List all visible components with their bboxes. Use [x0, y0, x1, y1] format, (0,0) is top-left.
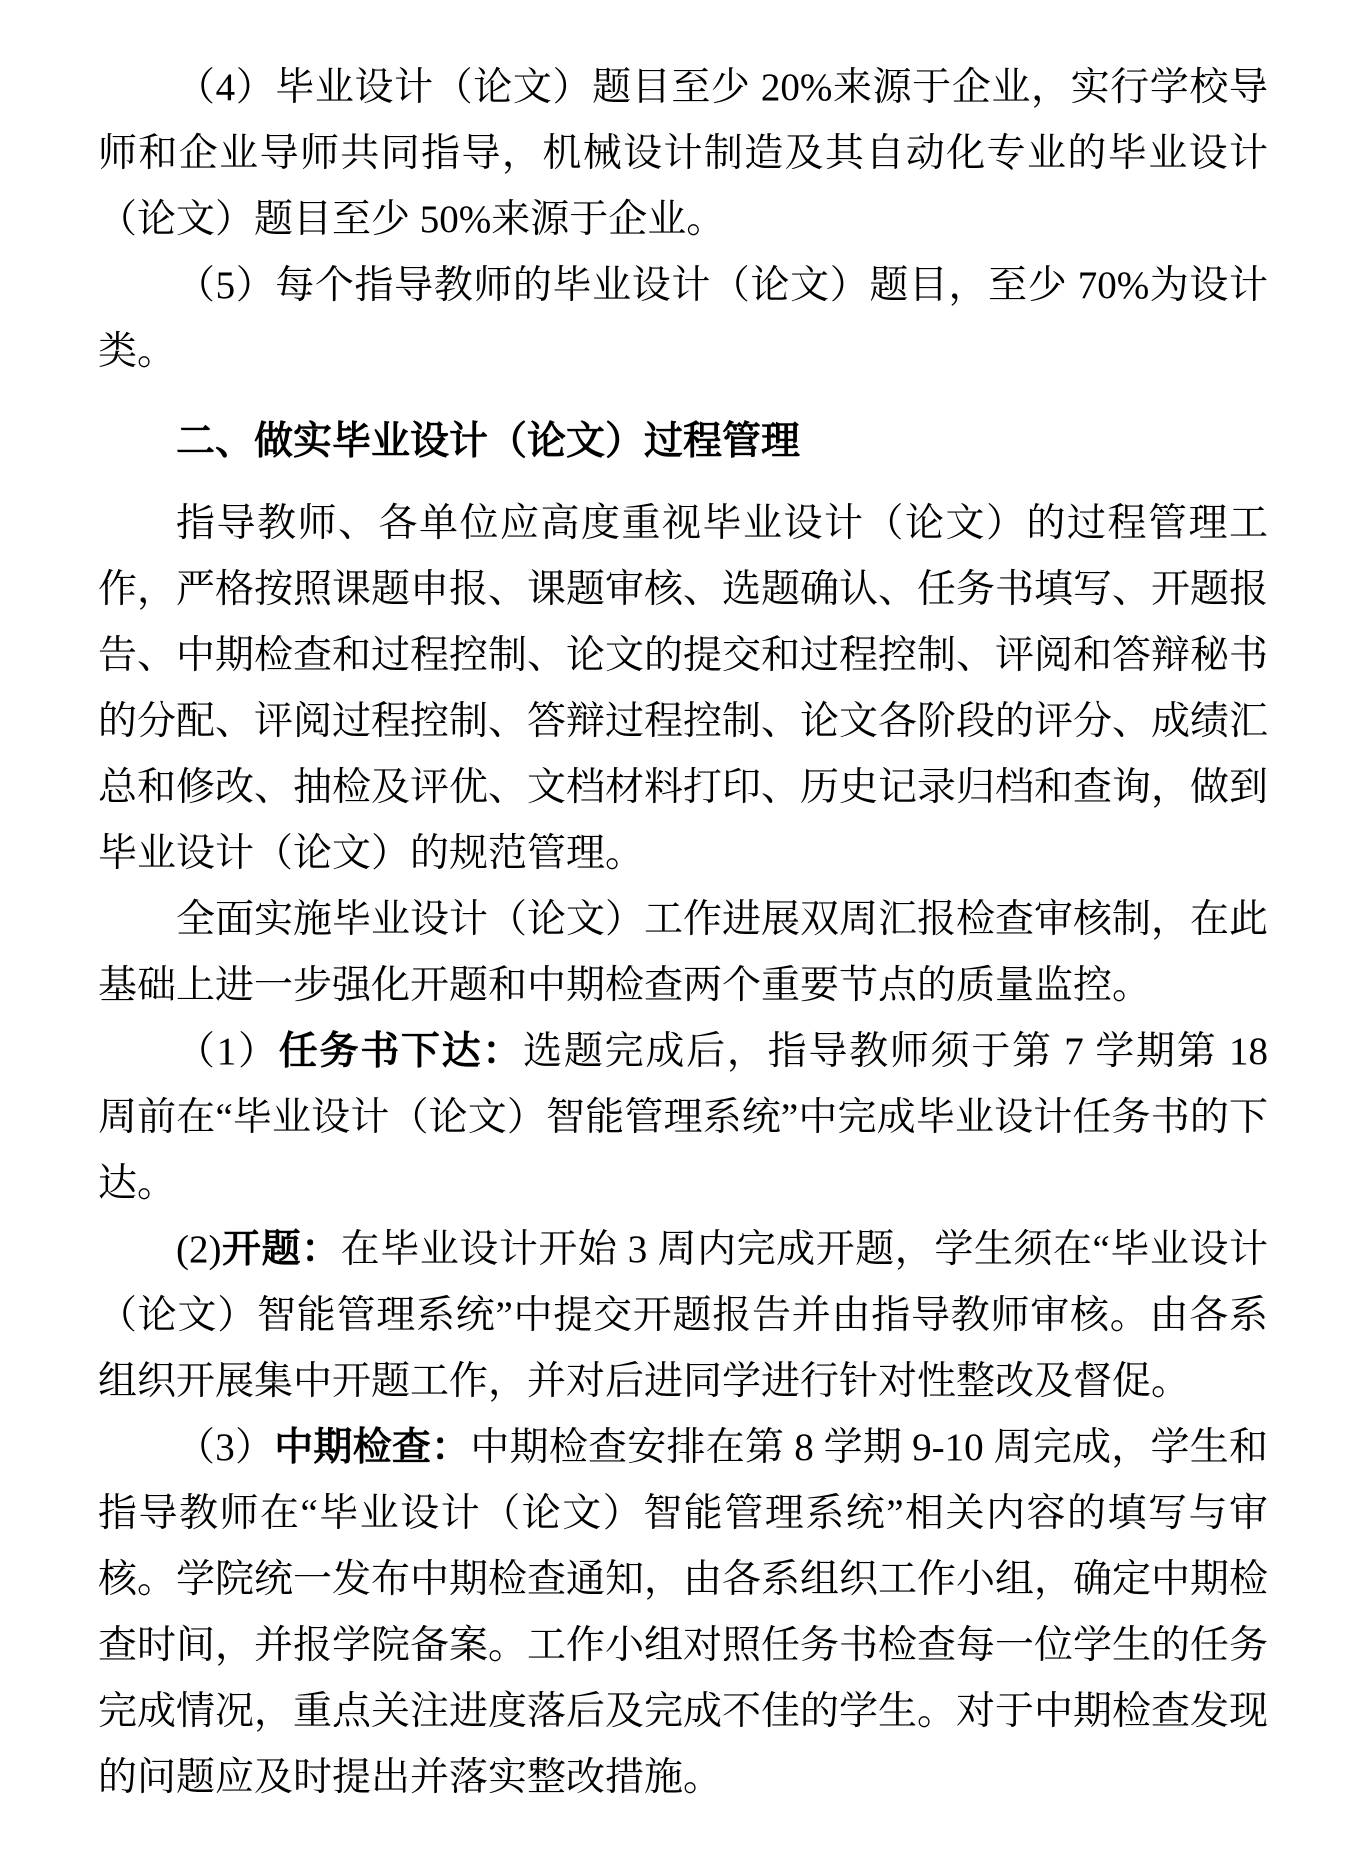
document-page: （4）毕业设计（论文）题目至少 20%来源于企业，实行学校导师和企业导师共同指导…: [0, 0, 1350, 1850]
paragraph-item-2: (2)开题：在毕业设计开始 3 周内完成开题，学生须在“毕业设计（论文）智能管理…: [98, 1217, 1268, 1415]
paragraph-item-1-label: 任务书下达：: [279, 1030, 523, 1073]
paragraph-item-3-text: 中期检查安排在第 8 学期 9-10 周完成，学生和指导教师在“毕业设计（论文）…: [98, 1426, 1268, 1799]
paragraph-item-4-text: （4）毕业设计（论文）题目至少 20%来源于企业，实行学校导师和企业导师共同指导…: [98, 66, 1268, 241]
paragraph-item-3-prefix: （3）: [176, 1426, 274, 1469]
paragraph-item-1: （1）任务书下达：选题完成后，指导教师须于第 7 学期第 18 周前在“毕业设计…: [98, 1019, 1268, 1217]
paragraph-item-4: （4）毕业设计（论文）题目至少 20%来源于企业，实行学校导师和企业导师共同指导…: [98, 55, 1268, 253]
paragraph-item-1-prefix: （1）: [176, 1030, 279, 1073]
paragraph-item-5: （5）每个指导教师的毕业设计（论文）题目，至少 70%为设计类。: [98, 253, 1268, 385]
paragraph-biweekly-report-text: 全面实施毕业设计（论文）工作进展双周汇报检查审核制，在此基础上进一步强化开题和中…: [98, 898, 1268, 1007]
paragraph-item-2-label: 开题：: [221, 1228, 340, 1271]
paragraph-item-5-text: （5）每个指导教师的毕业设计（论文）题目，至少 70%为设计类。: [98, 264, 1268, 373]
document-content: （4）毕业设计（论文）题目至少 20%来源于企业，实行学校导师和企业导师共同指导…: [98, 55, 1268, 1811]
paragraph-process-management-text: 指导教师、各单位应高度重视毕业设计（论文）的过程管理工作，严格按照课题申报、课题…: [98, 502, 1268, 875]
paragraph-item-2-prefix: (2): [176, 1228, 221, 1271]
paragraph-process-management: 指导教师、各单位应高度重视毕业设计（论文）的过程管理工作，严格按照课题申报、课题…: [98, 491, 1268, 887]
paragraph-item-3-label: 中期检查：: [274, 1426, 470, 1469]
section-heading: 二、做实毕业设计（论文）过程管理: [98, 409, 1268, 475]
paragraph-item-3: （3）中期检查：中期检查安排在第 8 学期 9-10 周完成，学生和指导教师在“…: [98, 1415, 1268, 1811]
paragraph-biweekly-report: 全面实施毕业设计（论文）工作进展双周汇报检查审核制，在此基础上进一步强化开题和中…: [98, 887, 1268, 1019]
